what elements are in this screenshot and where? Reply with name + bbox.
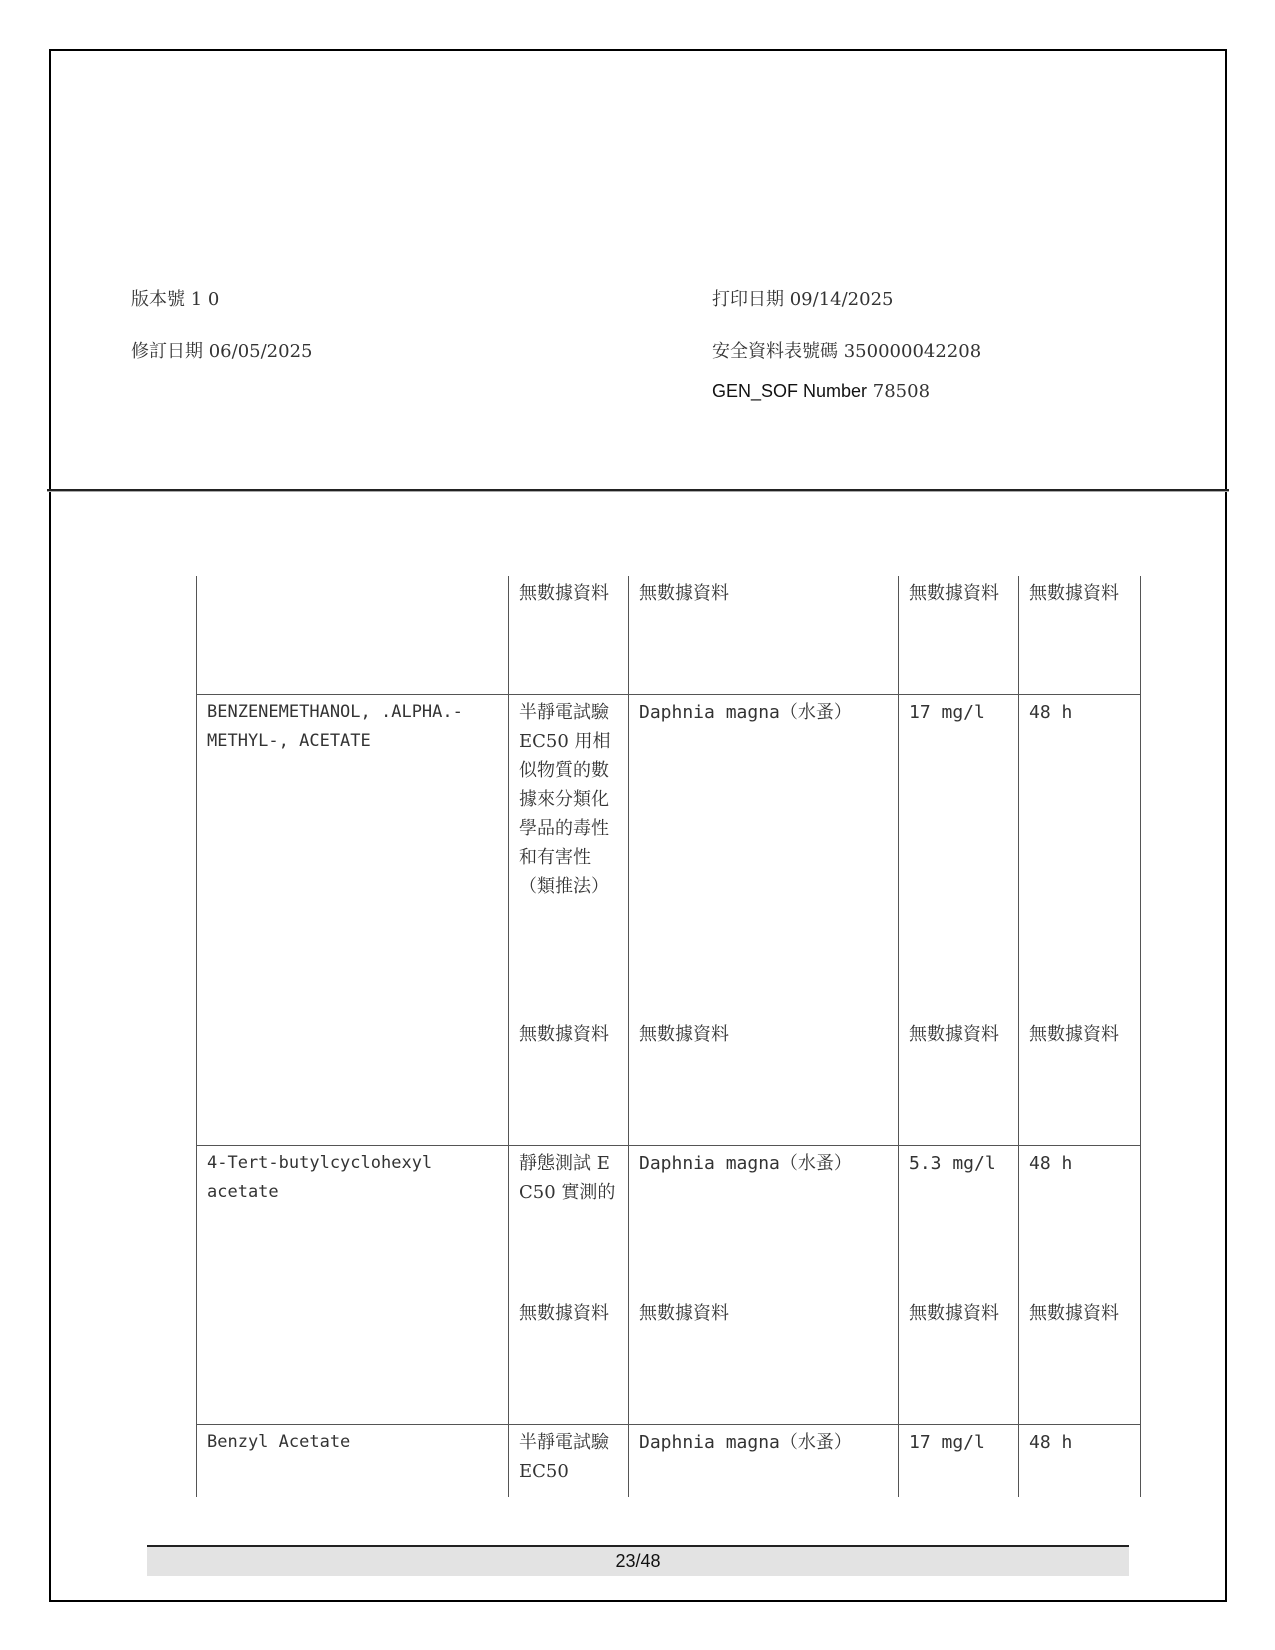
test-method-cell-text: 無數據資料 (519, 1017, 618, 1049)
species-cell-text: Daphnia magna（水蚤） (639, 1146, 888, 1178)
test-method-cell-text: 半靜電試驗 EC50 用相似物質的數據來分類化學品的毒性和有害性（類推法） (519, 695, 618, 901)
table-row: 無數據資料無數據資料無數據資料無數據資料 (197, 1017, 1141, 1146)
endpoint-value-cell: 5.3 mg/l (899, 1146, 1019, 1297)
print-date-label: 打印日期 (712, 289, 784, 310)
species-cell-text: Daphnia magna（水蚤） (639, 695, 888, 727)
substance-cell-text (207, 1296, 498, 1299)
species-cell: 無數據資料 (629, 1296, 899, 1425)
sds-number: 安全資料表號碼 350000042208 (712, 337, 981, 363)
endpoint-value-cell: 無數據資料 (899, 576, 1019, 695)
table-row: BENZENEMETHANOL, .ALPHA.-METHYL-, ACETAT… (197, 695, 1141, 1018)
substance-cell: Benzyl Acetate (197, 1425, 509, 1498)
test-method-cell-text: 無數據資料 (519, 1296, 618, 1328)
substance-cell-text: Benzyl Acetate (207, 1425, 498, 1457)
endpoint-value-cell-text: 無數據資料 (909, 1296, 1008, 1328)
test-method-cell: 無數據資料 (509, 1296, 629, 1425)
substance-cell (197, 1017, 509, 1146)
substance-cell: 4-Tert-butylcyclohexyl acetate (197, 1146, 509, 1297)
exposure-duration-cell-text: 無數據資料 (1029, 576, 1130, 608)
table-row: 無數據資料無數據資料無數據資料無數據資料 (197, 576, 1141, 695)
test-method-cell: 靜態測試 EC50 實測的 (509, 1146, 629, 1297)
exposure-duration-cell: 無數據資料 (1019, 1296, 1141, 1425)
version-value: 1 0 (191, 289, 220, 310)
revision-date: 修訂日期 06/05/2025 (131, 337, 312, 363)
revision-date-value: 06/05/2025 (209, 341, 313, 362)
version-number: 版本號 1 0 (131, 285, 219, 311)
exposure-duration-cell-text: 無數據資料 (1029, 1017, 1130, 1049)
exposure-duration-cell-text: 48 h (1029, 1425, 1130, 1457)
exposure-duration-cell: 48 h (1019, 1146, 1141, 1297)
species-cell: 無數據資料 (629, 576, 899, 695)
exposure-duration-cell-text: 48 h (1029, 695, 1130, 727)
header-divider (47, 489, 1229, 491)
exposure-duration-cell-text: 無數據資料 (1029, 1296, 1130, 1328)
species-cell: Daphnia magna（水蚤） (629, 1146, 899, 1297)
exposure-duration-cell: 48 h (1019, 695, 1141, 1018)
test-method-cell: 無數據資料 (509, 576, 629, 695)
endpoint-value-cell: 無數據資料 (899, 1017, 1019, 1146)
substance-cell-text: BENZENEMETHANOL, .ALPHA.-METHYL-, ACETAT… (207, 695, 498, 756)
endpoint-value-cell: 17 mg/l (899, 695, 1019, 1018)
test-method-cell: 半靜電試驗 EC50 (509, 1425, 629, 1498)
substance-cell: BENZENEMETHANOL, .ALPHA.-METHYL-, ACETAT… (197, 695, 509, 1018)
test-method-cell: 無數據資料 (509, 1017, 629, 1146)
endpoint-value-cell-text: 17 mg/l (909, 695, 1008, 727)
exposure-duration-cell: 48 h (1019, 1425, 1141, 1498)
gen-sof-label: GEN_SOF Number (712, 381, 867, 401)
substance-cell-text: 4-Tert-butylcyclohexyl acetate (207, 1146, 498, 1207)
endpoint-value-cell-text: 5.3 mg/l (909, 1146, 1008, 1178)
substance-cell-text (207, 1017, 498, 1020)
endpoint-value-cell-text: 17 mg/l (909, 1425, 1008, 1457)
species-cell: 無數據資料 (629, 1017, 899, 1146)
exposure-duration-cell: 無數據資料 (1019, 576, 1141, 695)
test-method-cell-text: 半靜電試驗 EC50 (519, 1425, 618, 1486)
test-method-cell-text: 靜態測試 EC50 實測的 (519, 1146, 618, 1207)
species-cell-text: 無數據資料 (639, 576, 888, 608)
table-row: 4-Tert-butylcyclohexyl acetate靜態測試 EC50 … (197, 1146, 1141, 1297)
page-indicator: 23/48 (615, 1551, 660, 1571)
species-cell-text: 無數據資料 (639, 1296, 888, 1328)
species-cell: Daphnia magna（水蚤） (629, 1425, 899, 1498)
test-method-cell-text: 無數據資料 (519, 576, 618, 608)
version-label: 版本號 (131, 289, 185, 310)
print-date-value: 09/14/2025 (790, 289, 894, 310)
species-cell: Daphnia magna（水蚤） (629, 695, 899, 1018)
ecotoxicity-table-body: 無數據資料無數據資料無數據資料無數據資料BENZENEMETHANOL, .AL… (197, 576, 1141, 1497)
gen-sof-value: 78508 (873, 381, 930, 402)
gen-sof-number: GEN_SOF Number 78508 (712, 381, 930, 402)
sds-number-value: 350000042208 (844, 341, 981, 362)
substance-cell (197, 576, 509, 695)
test-method-cell: 半靜電試驗 EC50 用相似物質的數據來分類化學品的毒性和有害性（類推法） (509, 695, 629, 1018)
table-row: 無數據資料無數據資料無數據資料無數據資料 (197, 1296, 1141, 1425)
endpoint-value-cell: 17 mg/l (899, 1425, 1019, 1498)
substance-cell-text (207, 576, 498, 579)
exposure-duration-cell: 無數據資料 (1019, 1017, 1141, 1146)
page-footer: 23/48 (147, 1545, 1129, 1576)
endpoint-value-cell: 無數據資料 (899, 1296, 1019, 1425)
species-cell-text: Daphnia magna（水蚤） (639, 1425, 888, 1457)
endpoint-value-cell-text: 無數據資料 (909, 1017, 1008, 1049)
sds-number-label: 安全資料表號碼 (712, 341, 838, 362)
substance-cell (197, 1296, 509, 1425)
species-cell-text: 無數據資料 (639, 1017, 888, 1049)
exposure-duration-cell-text: 48 h (1029, 1146, 1130, 1178)
table-row: Benzyl Acetate半靜電試驗 EC50Daphnia magna（水蚤… (197, 1425, 1141, 1498)
revision-date-label: 修訂日期 (131, 341, 203, 362)
print-date: 打印日期 09/14/2025 (712, 285, 893, 311)
endpoint-value-cell-text: 無數據資料 (909, 576, 1008, 608)
ecotoxicity-table: 無數據資料無數據資料無數據資料無數據資料BENZENEMETHANOL, .AL… (196, 576, 1141, 1497)
